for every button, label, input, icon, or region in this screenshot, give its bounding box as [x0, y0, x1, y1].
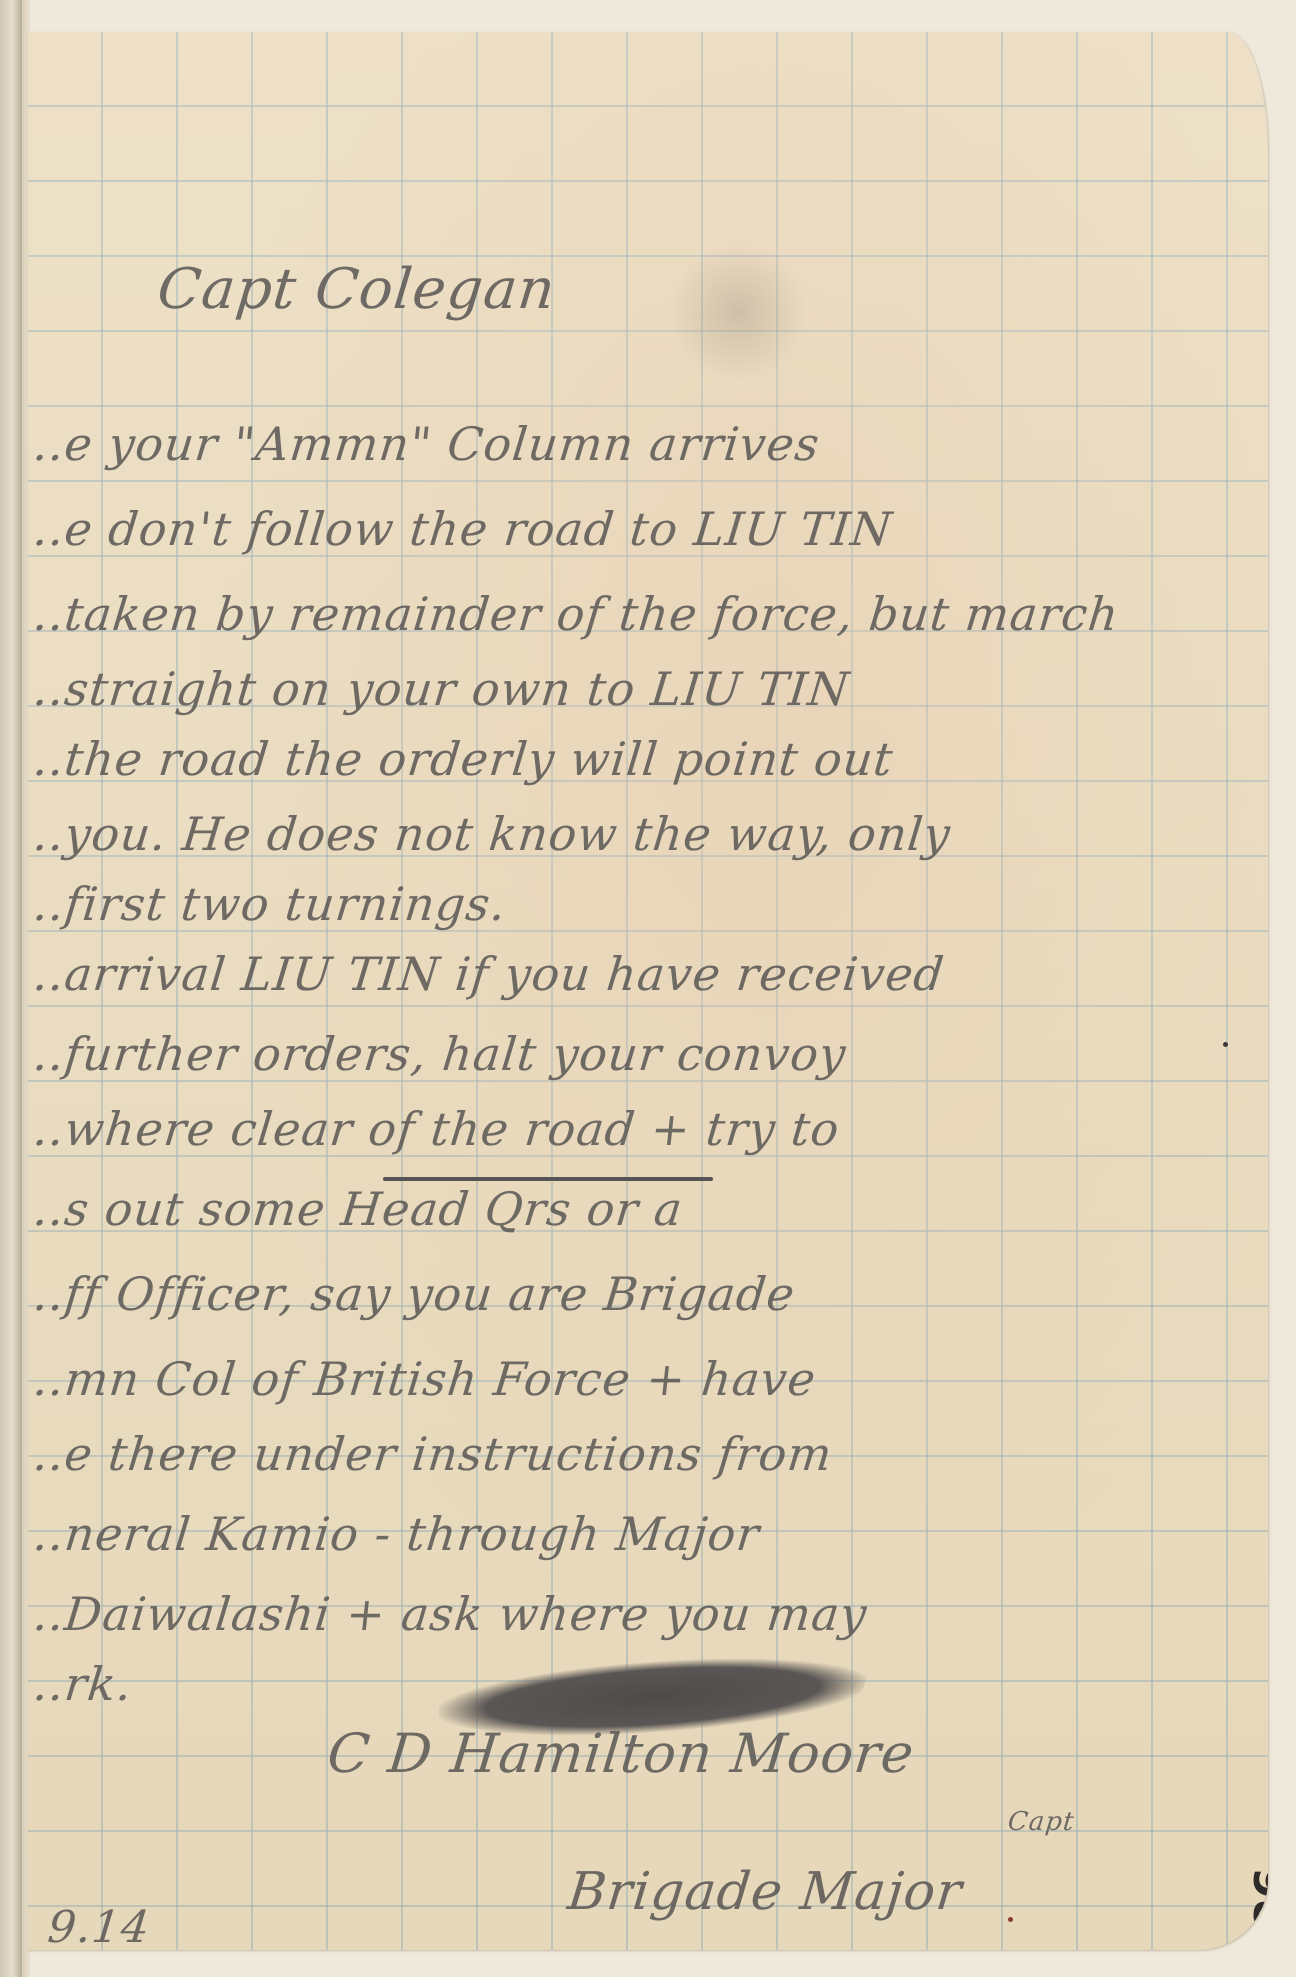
- body-line-9: ...further orders, halt your convoy: [28, 1027, 849, 1081]
- body-line-11: ...s out some Head Qrs or a: [28, 1182, 686, 1236]
- body-line-2: ...e don't follow the road to LIU TIN: [28, 502, 895, 556]
- body-line-3: ...taken by remainder of the force, but …: [28, 587, 1122, 641]
- body-line-10-text: ...where clear of the road + try to: [28, 1102, 842, 1156]
- signature: C D Hamilton Moore: [325, 1722, 918, 1785]
- note-sheet: Capt Colegan ...e your "Ammn" Column arr…: [28, 32, 1268, 1950]
- folio-stamp: 98: [1243, 1867, 1268, 1931]
- body-line-8: ...arrival LIU TIN if you have received: [28, 947, 947, 1001]
- pencil-dot: [1223, 1042, 1228, 1047]
- paper-stain: [668, 242, 808, 382]
- body-line-14: ...e there under instructions from: [28, 1427, 835, 1481]
- notebook-binding: [0, 0, 23, 1977]
- body-line-17: ...rk.: [28, 1657, 135, 1711]
- red-dot: [1008, 1917, 1013, 1922]
- salutation: Capt Colegan: [155, 257, 559, 322]
- date-fragment: 9.14: [45, 1902, 152, 1950]
- body-line-7: ...first two turnings.: [28, 877, 509, 931]
- underline-clear-of-road: [383, 1177, 713, 1181]
- signature-title: Brigade Major: [565, 1862, 965, 1922]
- body-line-6: ...you. He does not know the way, only: [28, 807, 953, 861]
- body-line-16: ...Daiwalashi + ask where you may: [28, 1587, 870, 1641]
- body-line-1: ...e your "Ammn" Column arrives: [28, 417, 823, 471]
- body-line-10: ...where clear of the road + try to: [28, 1102, 842, 1156]
- body-line-5: ...the road the orderly will point out: [28, 732, 896, 786]
- body-line-13: ...mn Col of British Force + have: [28, 1352, 819, 1406]
- signature-rank: Capt: [1006, 1807, 1076, 1837]
- body-line-4: ...straight on your own to LIU TIN: [28, 662, 852, 716]
- body-line-15: ...neral Kamio - through Major: [28, 1507, 762, 1561]
- perforated-top-edge: [28, 32, 1268, 38]
- body-line-12: ...ff Officer, say you are Brigade: [28, 1267, 798, 1321]
